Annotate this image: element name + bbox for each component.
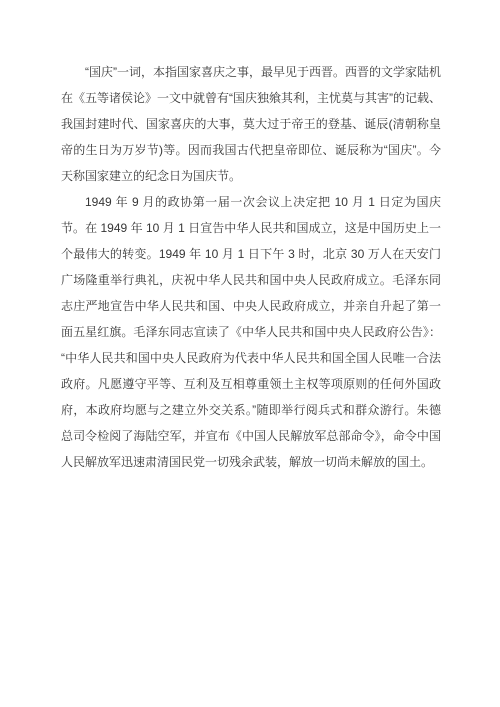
paragraph-guoqing-origin: “国庆”一词，本指国家喜庆之事，最早见于西晋。西晋的文学家陆机在《五等诸侯论》一… — [61, 59, 441, 189]
document-page: “国庆”一词，本指国家喜庆之事，最早见于西晋。西晋的文学家陆机在《五等诸侯论》一… — [0, 0, 500, 707]
paragraph-1949-founding: 1949 年 9 月的政协第一届一次会议上决定把 10 月 1 日定为国庆节。在… — [61, 189, 441, 475]
